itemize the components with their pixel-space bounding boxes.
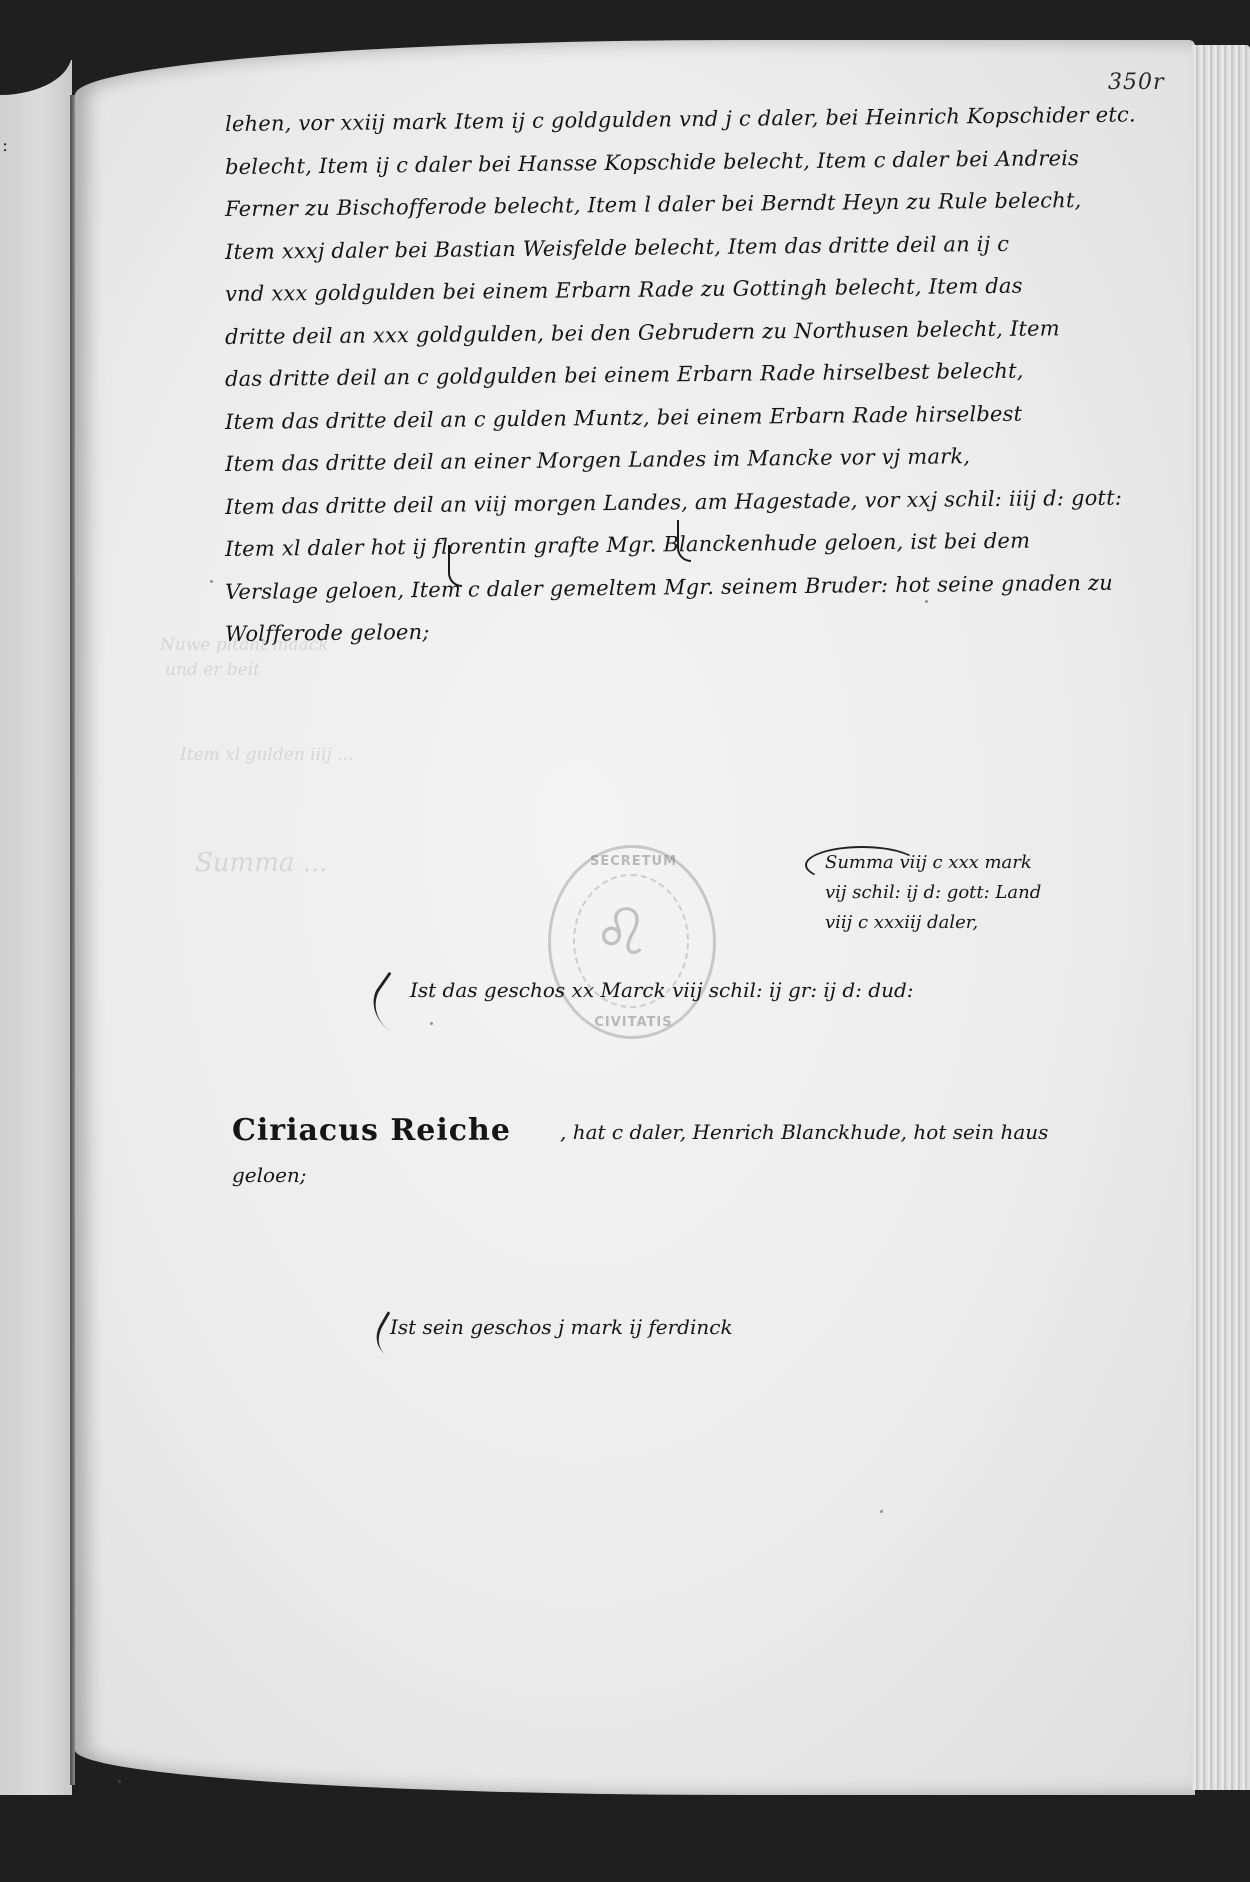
tax-total-line: Ist das geschos xx Marck viij schil: ij … [410, 978, 914, 1002]
bleed-through-text: Item xl gulden iiij ... [180, 745, 353, 765]
paper-speck [118, 1780, 121, 1783]
pen-flourish [677, 520, 691, 562]
manuscript-scan: : Nuwe pitant maack und er beit Item xl … [0, 0, 1250, 1882]
summa-block: Summa viij c xxx mark vij schil: ij d: g… [825, 848, 1041, 938]
entry-continuation: geloen; [232, 1163, 307, 1187]
stamp-text-bottom: CIVITATIS [571, 1015, 696, 1030]
archive-stamp: SECRETUM ♌ CIVITATIS [548, 845, 716, 1039]
main-text-block: lehen, vor xxiij mark Item ij c goldguld… [225, 98, 1185, 651]
left-page-edge [0, 60, 72, 1795]
entry-text: , hat c daler, Henrich Blanckhude, hot s… [560, 1120, 1048, 1144]
entry-name: Ciriacus Reiche [232, 1113, 511, 1148]
paper-speck [880, 1510, 883, 1513]
summa-line: Summa viij c xxx mark [825, 848, 1041, 878]
bleed-through-text: Summa ... [195, 848, 327, 878]
bleed-through-text: und er beit [165, 660, 260, 680]
pen-flourish [448, 545, 462, 587]
folio-number: 350r [1108, 70, 1165, 95]
summa-line: viij c xxxiij daler, [825, 908, 1041, 938]
stamp-text-top: SECRETUM [571, 854, 696, 869]
entry-tax-line: Ist sein geschos j mark ij ferdinck [390, 1315, 733, 1339]
lion-icon: ♌ [593, 898, 650, 968]
text-line: Wolfferode geloen; [225, 603, 1185, 656]
paper-speck [430, 1022, 433, 1025]
page-stack-edge [1192, 45, 1250, 1790]
left-page-mark: : [2, 135, 8, 165]
paper-speck [210, 580, 213, 583]
